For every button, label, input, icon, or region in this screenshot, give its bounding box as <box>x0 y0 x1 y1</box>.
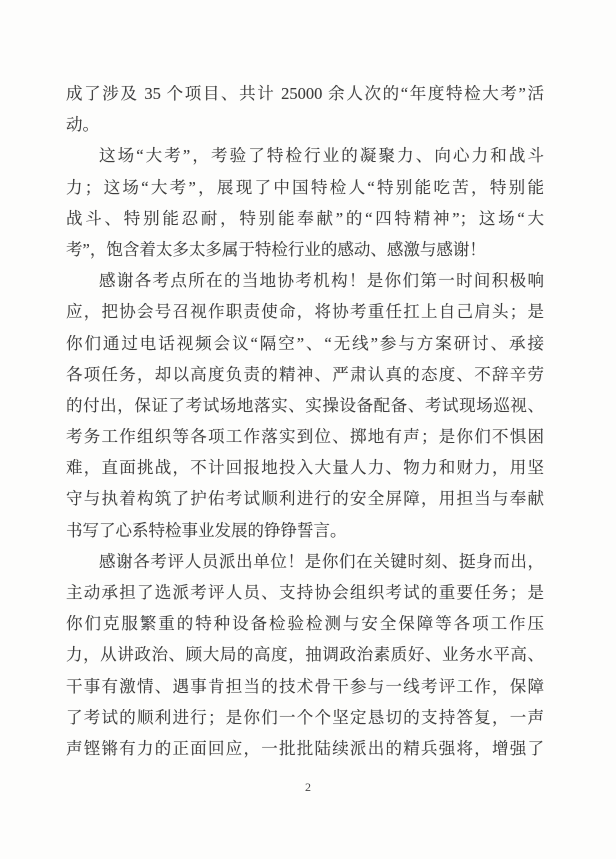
document-body: 成了涉及 35 个项目、共计 25000 余人次的“年度特检大考”活 动。 这场… <box>66 78 544 764</box>
text-line: 动。 <box>66 109 544 140</box>
text-line: 成了涉及 35 个项目、共计 25000 余人次的“年度特检大考”活 <box>66 78 544 109</box>
text-line: 这场“大考”，考验了特检行业的凝聚力、向心力和战斗 <box>66 140 544 171</box>
text-line: 力，从讲政治、顾大局的高度，抽调政治素质好、业务水平高、 <box>66 639 544 670</box>
text-line: 书写了心系特检事业发展的铮铮誓言。 <box>66 515 544 546</box>
page-number: 2 <box>0 780 616 795</box>
text-line: 力；这场“大考”，展现了中国特检人“特别能吃苦，特别能 <box>66 172 544 203</box>
text-line: 各项任务，却以高度负责的精神、严肃认真的态度、不辞辛劳 <box>66 359 544 390</box>
text-line: 你们克服繁重的特种设备检验检测与安全保障等各项工作压 <box>66 608 544 639</box>
text-line: 考务工作组织等各项工作落实到位、掷地有声；是你们不惧困 <box>66 421 544 452</box>
text-line: 你们通过电话视频会议“隔空”、“无线”参与方案研讨、承接 <box>66 328 544 359</box>
document-page: 成了涉及 35 个项目、共计 25000 余人次的“年度特检大考”活 动。 这场… <box>0 0 616 859</box>
text-line: 感谢各考点所在的当地协考机构！是你们第一时间积极响 <box>66 265 544 296</box>
text-line: 应，把协会号召视作职责使命，将协考重任扛上自己肩头；是 <box>66 296 544 327</box>
text-line: 战斗、特别能忍耐，特别能奉献”的“四特精神”；这场“大 <box>66 203 544 234</box>
text-line: 声铿锵有力的正面回应，一批批陆续派出的精兵强将，增强了 <box>66 733 544 764</box>
text-line: 考”，饱含着太多太多属于特检行业的感动、感激与感谢！ <box>66 234 544 265</box>
text-line: 难，直面挑战，不计回报地投入大量人力、物力和财力，用坚 <box>66 452 544 483</box>
text-line: 干事有激情、遇事肯担当的技术骨干参与一线考评工作，保障 <box>66 671 544 702</box>
text-line: 感谢各考评人员派出单位！是你们在关键时刻、挺身而出， <box>66 546 544 577</box>
text-line: 守与执着构筑了护佑考试顺利进行的安全屏障，用担当与奉献 <box>66 483 544 514</box>
text-line: 了考试的顺利进行；是你们一个个坚定恳切的支持答复，一声 <box>66 702 544 733</box>
text-line: 主动承担了选派考评人员、支持协会组织考试的重要任务；是 <box>66 577 544 608</box>
text-line: 的付出，保证了考试场地落实、实操设备配备、考试现场巡视、 <box>66 390 544 421</box>
